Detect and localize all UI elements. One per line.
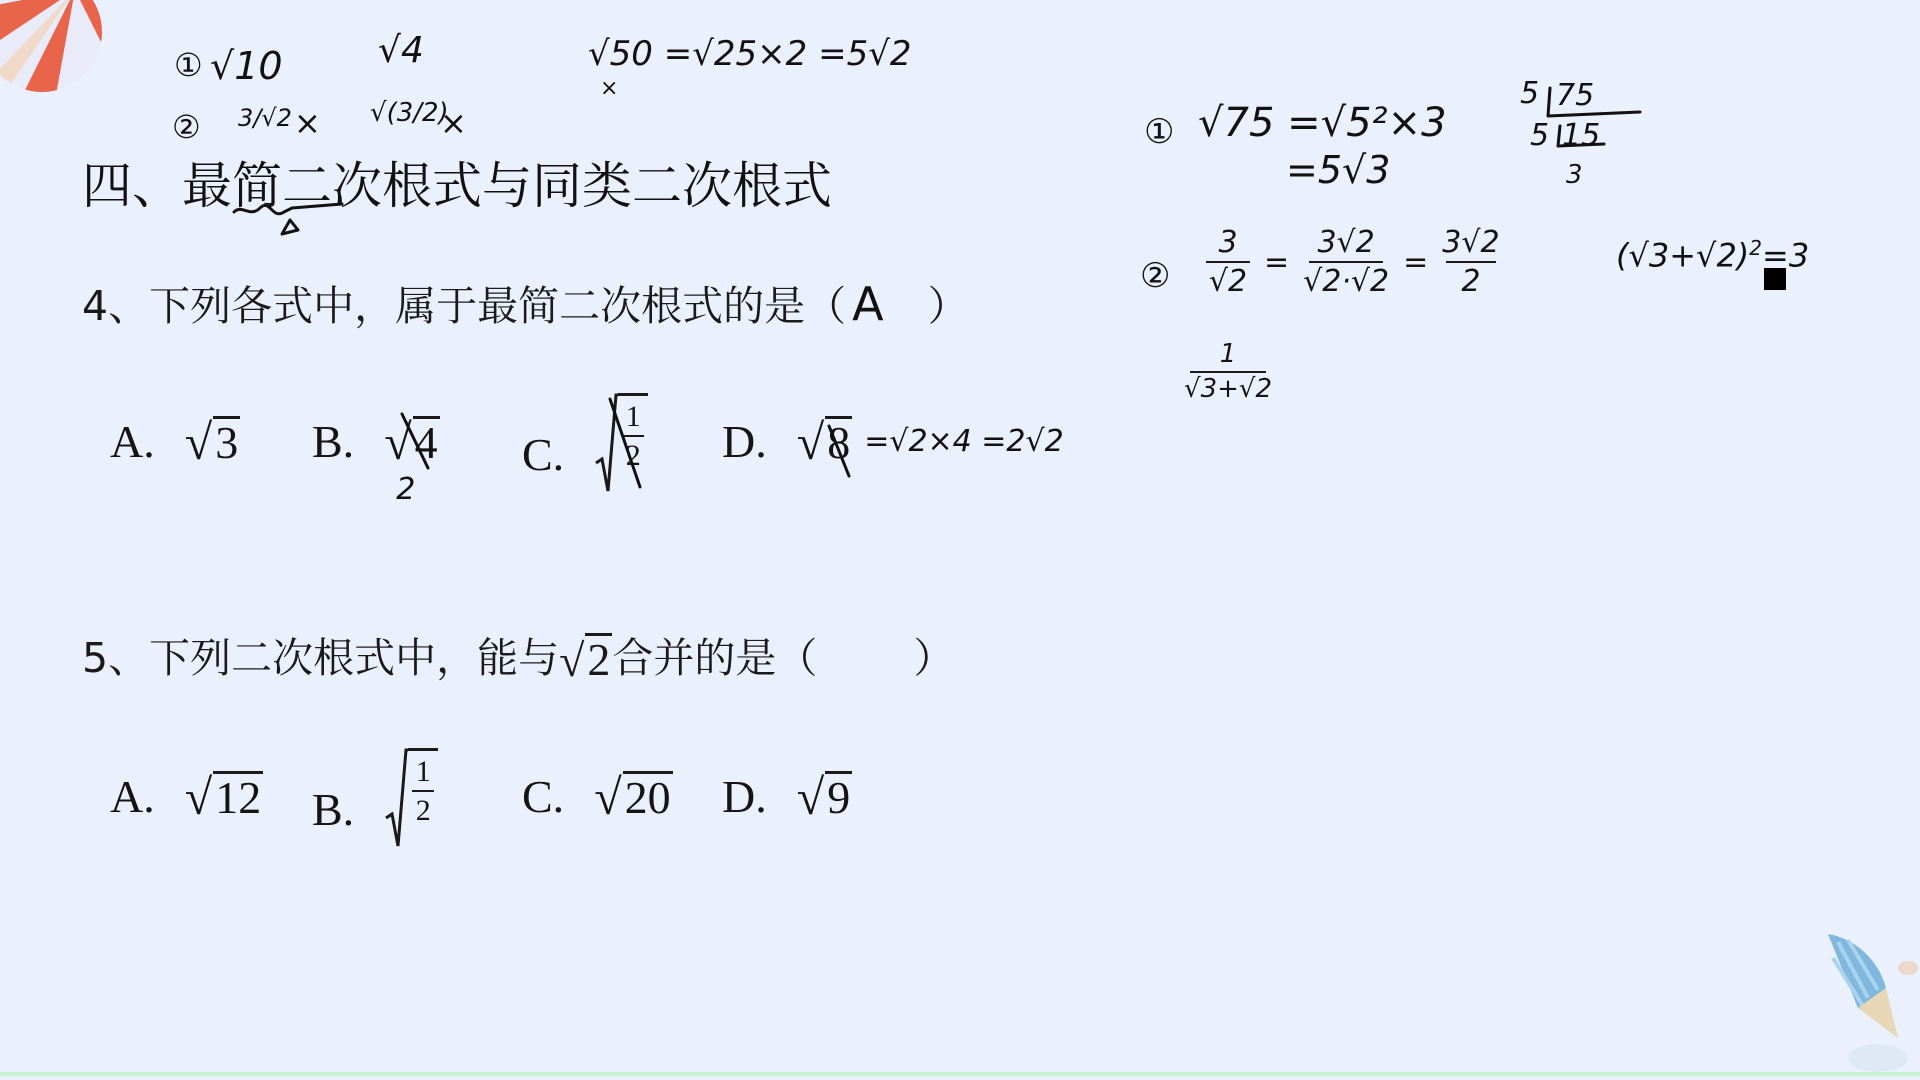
sqrt-icon: √ bbox=[185, 772, 212, 822]
annotation-ex1-label: ① bbox=[1144, 112, 1174, 152]
radicand: 20 bbox=[623, 771, 673, 822]
annotation-item2-b-mark: × bbox=[440, 104, 467, 142]
section-title: 四、最简二次根式与同类二次根式 bbox=[82, 146, 832, 218]
question-number: 5、 bbox=[82, 634, 149, 682]
option-letter: D. bbox=[722, 770, 767, 823]
strike-mark bbox=[827, 422, 857, 482]
question-4: 4、下列各式中，属于最简二次根式的是（A） bbox=[82, 273, 969, 332]
question-number: 4、 bbox=[82, 282, 149, 330]
sqrt-icon: √ bbox=[797, 772, 824, 822]
question-stem-end: 合并的是（ bbox=[612, 634, 817, 682]
ice-cream-decoration bbox=[1808, 928, 1920, 1078]
option-d: D. √8 =√2×4 =2√2 bbox=[722, 415, 1064, 468]
strike-mark bbox=[398, 412, 438, 472]
option-c: C. √20 bbox=[522, 770, 673, 823]
option-b: B. 12 bbox=[312, 748, 438, 848]
question-5: 5、下列二次根式中，能与√2合并的是（） bbox=[82, 625, 954, 684]
sqrt-icon: √ bbox=[797, 417, 824, 467]
annotation-sqrt50-mark: × bbox=[600, 76, 618, 101]
close-paren: ） bbox=[928, 282, 969, 330]
numerator: 1 bbox=[416, 755, 431, 788]
underline-squiggle-annotation bbox=[232, 200, 372, 240]
question-5-options: A. √12 B. 12 C. √20 D. √9 bbox=[110, 770, 1010, 850]
annotation-ex2-fractions: 3√2 = 3√2√2·√2 = 3√22 bbox=[1206, 226, 1500, 298]
annotation-division-remainder: 3 bbox=[1566, 160, 1583, 190]
option-letter: B. bbox=[312, 783, 354, 836]
option-c: C. 12 bbox=[522, 393, 648, 493]
bottom-border bbox=[0, 1072, 1920, 1076]
handwritten-work: =√2×4 =2√2 bbox=[864, 424, 1064, 459]
annotation-ex1-line2: =5√3 bbox=[1286, 148, 1390, 192]
sqrt-icon: √ bbox=[594, 772, 621, 822]
division-lines bbox=[1540, 86, 1690, 156]
denominator: 2 bbox=[416, 794, 431, 827]
annotation-ex1-line1: √75 =√5²×3 bbox=[1198, 100, 1447, 146]
beach-ball-decoration bbox=[0, 0, 110, 110]
sqrt-icon: √ bbox=[559, 638, 584, 684]
radicand: 3 bbox=[213, 416, 240, 467]
annotation-ex2-label: ② bbox=[1140, 256, 1170, 296]
radicand: 9 bbox=[825, 771, 852, 822]
option-d: D. √9 bbox=[722, 770, 852, 823]
mouse-cursor bbox=[1764, 268, 1786, 290]
sqrt-icon bbox=[384, 748, 408, 848]
question-stem: 下列各式中，属于最简二次根式的是（ bbox=[149, 282, 846, 330]
handwritten-note: 2 bbox=[396, 472, 415, 507]
option-letter: A. bbox=[110, 415, 155, 468]
annotation-sqrt50-work: √50 =√25×2 =5√2 bbox=[588, 34, 912, 74]
annotation-division-divisor-1: 5 bbox=[1520, 76, 1539, 111]
option-letter: C. bbox=[522, 428, 564, 481]
option-a: A. √12 bbox=[110, 770, 263, 823]
option-letter: D. bbox=[722, 415, 767, 468]
radicand: 2 bbox=[585, 633, 612, 684]
annotation-item1-label: ① bbox=[174, 46, 203, 84]
option-letter: A. bbox=[110, 770, 155, 823]
option-letter: C. bbox=[522, 770, 564, 823]
slide-canvas: 四、最简二次根式与同类二次根式 4、下列各式中，属于最简二次根式的是（A） A.… bbox=[0, 0, 1920, 1076]
question-stem: 下列二次根式中，能与 bbox=[149, 634, 559, 682]
question-4-options: A. √3 B. √4 2 C. 12 D. √8 =√2×4 =2√2 bbox=[110, 415, 1110, 495]
annotation-item2-mark: × bbox=[294, 104, 321, 142]
option-b: B. √4 2 bbox=[312, 415, 440, 468]
annotation-item2-b: √(3/2) bbox=[370, 98, 449, 128]
sqrt-icon: √ bbox=[185, 417, 212, 467]
close-paren: ） bbox=[913, 634, 954, 682]
annotation-item1-b: √4 bbox=[378, 30, 424, 71]
handwritten-answer: A bbox=[852, 277, 883, 331]
option-a: A. √3 bbox=[110, 415, 240, 468]
annotation-ex3-fraction: 1√3+√2 bbox=[1184, 340, 1272, 403]
strike-mark bbox=[606, 397, 646, 497]
radicand: 12 bbox=[213, 771, 263, 822]
annotation-item2-expr: 3/√2 bbox=[238, 104, 292, 132]
annotation-item1-expr: √10 bbox=[210, 44, 283, 88]
annotation-item2-label: ② bbox=[172, 108, 201, 146]
option-letter: B. bbox=[312, 415, 354, 468]
